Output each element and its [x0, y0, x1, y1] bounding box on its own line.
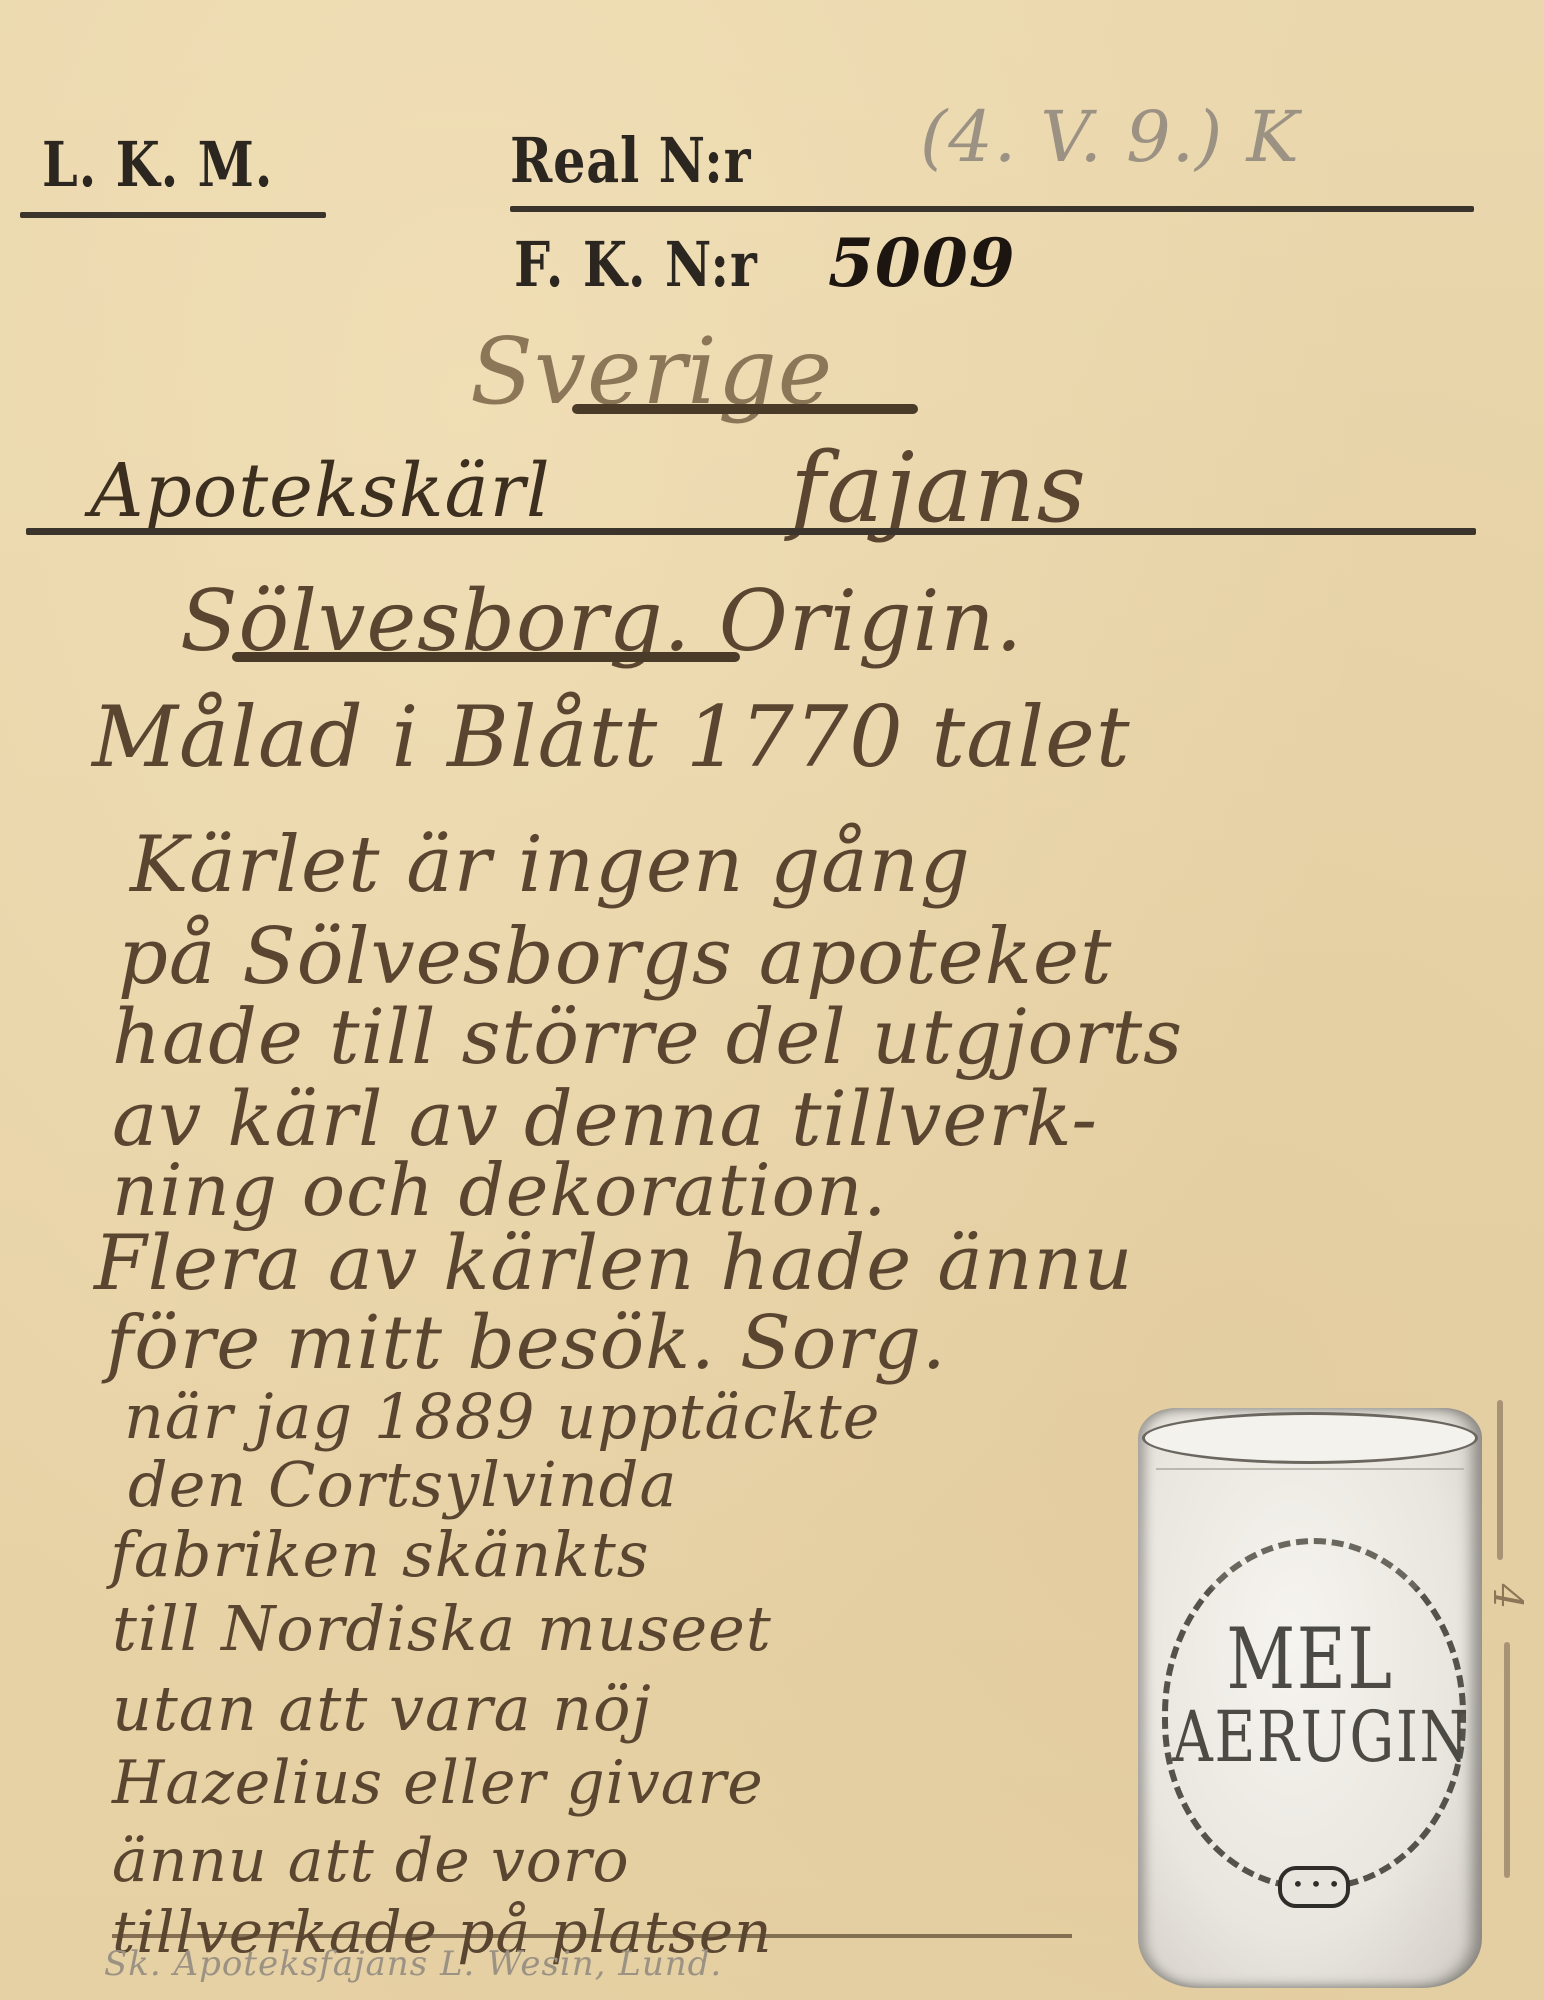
country-underline	[572, 404, 918, 414]
body-line-8: Flera av kärlen hade ännu	[94, 1218, 1134, 1307]
real-number-value: (4. V. 9.) K	[920, 96, 1300, 178]
jar-photo: MEL AERUGIN	[1138, 1408, 1482, 1988]
real-number-label: Real N:r	[510, 124, 751, 197]
measure-line-bottom	[1504, 1642, 1510, 1878]
header-rule-right	[510, 206, 1474, 212]
margin-measure: 4	[1484, 1584, 1530, 1610]
jar-neck	[1156, 1468, 1464, 1470]
body-line-4: på Sölvesborgs apoteket	[118, 912, 1112, 1002]
catalog-card: L. K. M. Real N:r (4. V. 9.) K F. K. N:r…	[0, 0, 1544, 2000]
collection-label: L. K. M.	[42, 128, 273, 201]
body-line-13: till Nordiska museet	[112, 1592, 772, 1665]
footer-note: Sk. Apoteksfajans L. Wesin, Lund.	[104, 1944, 722, 1984]
body-line-12: fabriken skänkts	[110, 1518, 650, 1591]
strikethrough	[112, 1934, 1072, 1938]
jar-label-line-2: AERUGIN	[1172, 1696, 1447, 1778]
body-line-3: Kärlet är ingen gång	[130, 820, 971, 910]
jar-rim	[1142, 1412, 1478, 1464]
fk-number-label: F. K. N:r	[514, 228, 758, 301]
body-line-2: Målad i Blått 1770 talet	[92, 688, 1131, 786]
body-line-10: när jag 1889 upptäckte	[124, 1380, 880, 1453]
body-line-9: före mitt besök. Sorg.	[106, 1300, 947, 1386]
origin-underline	[232, 652, 740, 662]
body-line-11: den Cortsylvinda	[128, 1448, 677, 1521]
ribbon-knot-icon	[1278, 1866, 1350, 1908]
body-line-14: utan att vara nöj	[112, 1672, 652, 1745]
fk-number-value: 5009	[828, 224, 1016, 302]
header-rule-left	[20, 212, 326, 218]
jar-label-line-1: MEL	[1172, 1610, 1447, 1708]
measure-line-top	[1497, 1400, 1503, 1560]
object-type: Apotekskärl	[90, 448, 551, 534]
body-line-16: ännu att de voro	[112, 1826, 630, 1896]
body-line-5: hade till större del utgjorts	[112, 992, 1183, 1081]
section-rule	[26, 528, 1476, 535]
body-line-15: Hazelius eller givare	[112, 1748, 764, 1818]
